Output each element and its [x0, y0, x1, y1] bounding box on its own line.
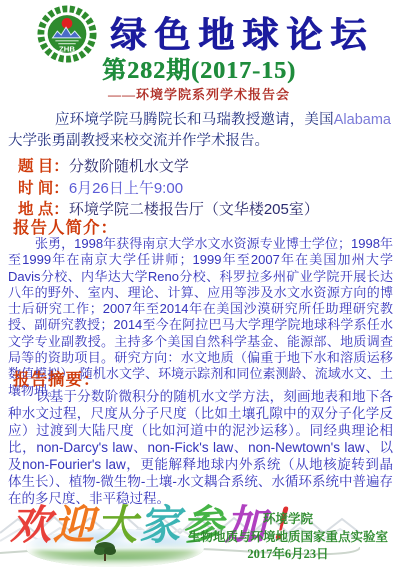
time-row: 时 间：6月26日上午9:00 — [18, 178, 393, 200]
time-label: 时 间： — [18, 180, 69, 197]
intro-text-part2: 大学张勇副教授来校交流并作学术报告。 — [8, 133, 269, 149]
bio-section-heading: 报告人简介： — [13, 214, 118, 238]
seminar-poster: { "header": { "logo_label": "ZHB", "titl… — [0, 0, 398, 569]
topic-label: 题 目： — [18, 158, 69, 175]
invitation-paragraph: 应环境学院马腾院长和马瑞教授邀请，美国Alabama大学张勇副教授来校交流并作学… — [8, 110, 391, 152]
time-value: 6月26日上午9:00 — [69, 180, 183, 197]
topic-row: 题 目：分数阶随机水文学 — [18, 156, 393, 178]
intro-latin-alabama: Alabama — [334, 112, 391, 128]
abstract-section-heading: 报告摘要： — [13, 366, 101, 390]
poster-date: 2017年6月23日 — [179, 546, 397, 564]
abstract-paragraph: 以基于分数阶微积分的随机水文学方法，刻画地表和地下各种水文过程，尺度从分子尺度（… — [8, 388, 393, 507]
signature-block: 环境学院 生物地质与环境地质国家重点实验室 2017年6月23日 — [179, 511, 397, 564]
topic-value: 分数阶随机水文学 — [69, 158, 189, 175]
seminar-details: 题 目：分数阶随机水文学 时 间：6月26日上午9:00 地 点：环境学院二楼报… — [18, 156, 393, 221]
issue-number: 第282期(2017-15) — [0, 50, 398, 85]
organizer-line2: 生物地质与环境地质国家重点实验室 — [179, 529, 397, 547]
intro-text-part1: 应环境学院马腾院长和马瑞教授邀请，美国 — [55, 112, 334, 128]
organizer-line1: 环境学院 — [179, 511, 397, 529]
series-subtitle: ——环境学院系列学术报告会 — [0, 84, 398, 103]
